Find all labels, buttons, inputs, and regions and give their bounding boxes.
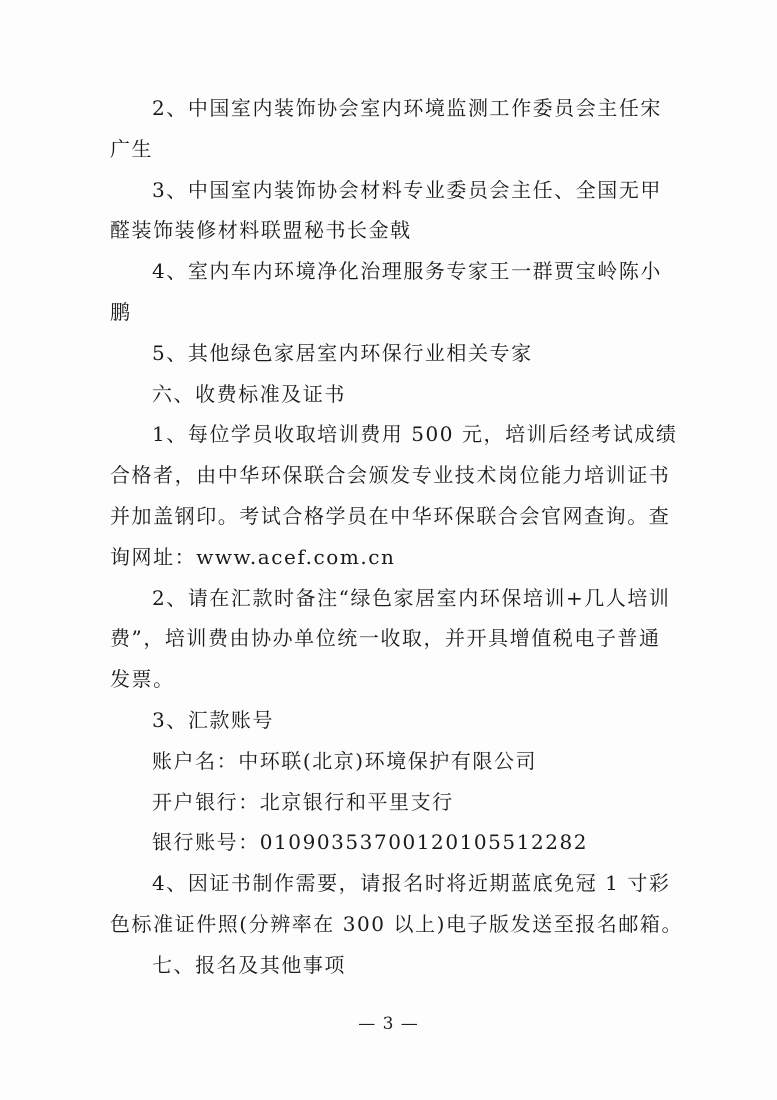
fee-item-1-line-3: 并加盖钢印。考试合格学员在中华环保联合会官网查询。查: [110, 496, 654, 537]
expert-item-2-line-2: 广生: [110, 129, 656, 170]
account-name: 账户名：中环联(北京)环境保护有限公司: [110, 741, 656, 782]
expert-item-3-line-1: 3、中国室内装饰协会材料专业委员会主任、全国无甲: [110, 170, 654, 211]
fee-item-1-line-2: 合格者，由中华环保联合会颁发专业技术岗位能力培训证书: [110, 455, 654, 496]
expert-item-5: 5、其他绿色家居室内环保行业相关专家: [110, 333, 656, 374]
fee-item-3-heading: 3、汇款账号: [110, 700, 656, 741]
expert-item-3-line-2: 醛装饰装修材料联盟秘书长金戟: [110, 210, 656, 251]
document-body: 2、中国室内装饰协会室内环境监测工作委员会主任宋 广生 3、中国室内装饰协会材料…: [110, 88, 656, 986]
expert-item-4-line-1: 4、室内车内环境净化治理服务专家王一群贾宝岭陈小: [110, 251, 654, 292]
fee-item-1-url-line: 询网址：www.acef.com.cn: [110, 537, 656, 578]
section-heading-registration: 七、报名及其他事项: [110, 945, 656, 986]
fee-item-2-line-2: 费”，培训费由协办单位统一收取，并开具增值税电子普通: [110, 618, 654, 659]
bank-name: 开户银行：北京银行和平里支行: [110, 782, 656, 823]
fee-item-4-line-1: 4、因证书制作需要，请报名时将近期蓝底免冠 1 寸彩: [110, 863, 654, 904]
document-page: 2、中国室内装饰协会室内环境监测工作委员会主任宋 广生 3、中国室内装饰协会材料…: [0, 0, 777, 1100]
section-heading-fees: 六、收费标准及证书: [110, 374, 656, 415]
fee-item-2-line-1: 2、请在汇款时备注“绿色家居室内环保培训+几人培训: [110, 578, 654, 619]
bank-account-number: 银行账号：01090353700120105512282: [110, 822, 656, 863]
fee-item-2-line-3: 发票。: [110, 659, 656, 700]
fee-item-4-line-2: 色标准证件照(分辨率在 300 以上)电子版发送至报名邮箱。: [110, 904, 654, 945]
expert-item-2-line-1: 2、中国室内装饰协会室内环境监测工作委员会主任宋: [110, 88, 654, 129]
fee-item-1-line-1: 1、每位学员收取培训费用 500 元，培训后经考试成绩: [110, 414, 654, 455]
page-number: — 3 —: [0, 1014, 777, 1034]
expert-item-4-line-2: 鹏: [110, 292, 656, 333]
